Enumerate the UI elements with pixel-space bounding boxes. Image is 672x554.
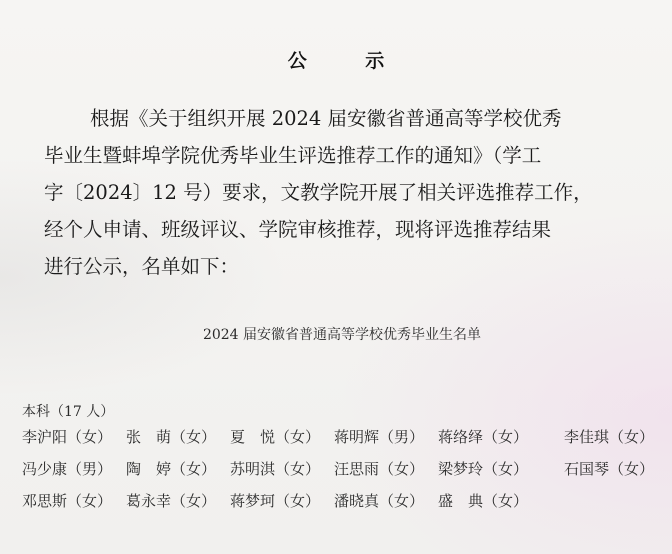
- student-entry: 陶 婷（女）: [126, 458, 216, 479]
- student-gender: （女）: [67, 492, 112, 510]
- student-entry: 石国琴（女）: [564, 458, 654, 479]
- student-name: 李沪阳: [22, 428, 67, 446]
- student-gender: （女）: [483, 460, 528, 478]
- student-name: 蒋明辉: [334, 428, 379, 446]
- student-gender: （女）: [171, 460, 216, 478]
- name-list: 李沪阳（女）张 萌（女）夏 悦（女）蒋明辉（男）蒋络绎（女）李佳琪（女）冯少康（…: [22, 426, 672, 522]
- student-gender: （女）: [67, 428, 112, 446]
- student-gender: （女）: [275, 492, 320, 510]
- student-entry: 夏 悦（女）: [230, 426, 320, 447]
- paragraph-line: 毕业生暨蚌埠学院优秀毕业生评选推荐工作的通知》（学工: [44, 137, 644, 174]
- student-entry: 李佳琪（女）: [564, 426, 654, 447]
- student-entry: 李沪阳（女）: [22, 426, 112, 447]
- student-gender: （女）: [171, 492, 216, 510]
- student-entry: 冯少康（男）: [22, 458, 112, 479]
- student-name: 苏明淇: [230, 460, 275, 478]
- document-title: 公 示: [0, 46, 672, 73]
- student-name: 夏 悦: [230, 428, 275, 446]
- student-name: 蒋梦珂: [230, 492, 275, 510]
- student-entry: 潘晓真（女）: [334, 490, 424, 511]
- student-name: 盛 典: [438, 492, 483, 510]
- student-gender: （女）: [379, 492, 424, 510]
- student-gender: （女）: [275, 428, 320, 446]
- student-gender: （男）: [379, 428, 424, 446]
- student-name: 张 萌: [126, 428, 171, 446]
- student-gender: （女）: [609, 428, 654, 446]
- name-row: 李沪阳（女）张 萌（女）夏 悦（女）蒋明辉（男）蒋络绎（女）李佳琪（女）: [22, 426, 672, 458]
- paragraph-line: 经个人申请、班级评议、学院审核推荐，现将评选推荐结果: [44, 211, 644, 248]
- student-entry: 张 萌（女）: [126, 426, 216, 447]
- student-gender: （男）: [67, 460, 112, 478]
- student-name: 邓思斯: [22, 492, 67, 510]
- scanned-page: 公 示 根据《关于组织开展 2024 届安徽省普通高等学校优秀 毕业生暨蚌埠学院…: [0, 0, 672, 554]
- student-entry: 梁梦玲（女）: [438, 458, 528, 479]
- student-name: 李佳琪: [564, 428, 609, 446]
- list-title: 2024 届安徽省普通高等学校优秀毕业生名单: [0, 324, 672, 344]
- notice-paragraph: 根据《关于组织开展 2024 届安徽省普通高等学校优秀 毕业生暨蚌埠学院优秀毕业…: [44, 100, 644, 285]
- student-entry: 蒋络绎（女）: [438, 426, 528, 447]
- paragraph-line: 字〔2024〕12 号）要求，文教学院开展了相关评选推荐工作，: [44, 174, 644, 211]
- student-name: 汪思雨: [334, 460, 379, 478]
- name-row: 冯少康（男）陶 婷（女）苏明淇（女）汪思雨（女）梁梦玲（女）石国琴（女）: [22, 458, 672, 490]
- student-name: 潘晓真: [334, 492, 379, 510]
- student-name: 陶 婷: [126, 460, 171, 478]
- student-name: 梁梦玲: [438, 460, 483, 478]
- student-entry: 盛 典（女）: [438, 490, 528, 511]
- student-entry: 蒋梦珂（女）: [230, 490, 320, 511]
- student-gender: （女）: [171, 428, 216, 446]
- student-gender: （女）: [483, 492, 528, 510]
- student-gender: （女）: [275, 460, 320, 478]
- paragraph-line: 进行公示，名单如下：: [44, 248, 644, 285]
- student-name: 石国琴: [564, 460, 609, 478]
- student-entry: 蒋明辉（男）: [334, 426, 424, 447]
- student-gender: （女）: [379, 460, 424, 478]
- student-entry: 苏明淇（女）: [230, 458, 320, 479]
- student-name: 葛永幸: [126, 492, 171, 510]
- student-name: 冯少康: [22, 460, 67, 478]
- paragraph-line: 根据《关于组织开展 2024 届安徽省普通高等学校优秀: [44, 100, 644, 137]
- name-row: 邓思斯（女）葛永幸（女）蒋梦珂（女）潘晓真（女）盛 典（女）: [22, 490, 672, 522]
- student-entry: 汪思雨（女）: [334, 458, 424, 479]
- student-gender: （女）: [609, 460, 654, 478]
- student-gender: （女）: [483, 428, 528, 446]
- category-label: 本科（17 人）: [22, 401, 114, 421]
- student-entry: 葛永幸（女）: [126, 490, 216, 511]
- student-name: 蒋络绎: [438, 428, 483, 446]
- student-entry: 邓思斯（女）: [22, 490, 112, 511]
